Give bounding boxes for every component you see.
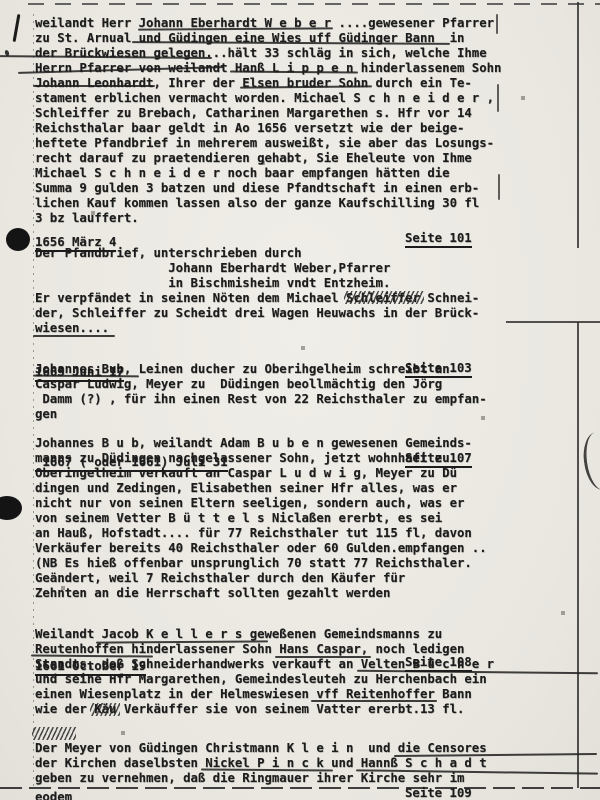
text-line: Summa 9 gulden 3 batzen und diese Pfandt…	[35, 181, 597, 196]
scanned-document-page: weilandt Herr Johann Eberhardt W e b e r…	[0, 0, 600, 800]
text-line: Johann Eberhardt Weber,Pfarrer	[35, 261, 597, 276]
text-line: (NB Es hieß offenbar unsprunglich 70 sta…	[35, 556, 597, 571]
page-ref: Seite 109	[405, 786, 472, 800]
pen-slash-mark	[13, 14, 21, 42]
text-line: wiesen....	[35, 321, 597, 336]
text-line: Oberingelheim verkauft an Caspar L u d w…	[35, 466, 597, 481]
text-line: und seine Hfr Margarethen, Gemeindesleut…	[35, 672, 597, 687]
text-line: 3 bz lauffert.	[35, 211, 597, 226]
text-line: recht darauf zu praetendieren gehabt, Si…	[35, 151, 597, 166]
text-line: heftete Pfandbrief in mehrerem ausweißt,…	[35, 136, 597, 151]
text-line: gen	[35, 407, 597, 422]
pen-crossout	[90, 703, 120, 716]
text-line: der, Schleiffer zu Scheidt drei Wagen He…	[35, 306, 597, 321]
entry-heading: eodem Seite 109	[35, 786, 597, 800]
text-line: Der Pfandbrief, unterschrieben durch	[35, 246, 597, 261]
entry-date: eodem	[35, 790, 72, 800]
text-line: Johann Leonhardt, Ihrer der Elsen bruder…	[35, 76, 597, 91]
text-line: dingen und Zedingen, Elisabethen seiner …	[35, 481, 597, 496]
text-line: Standts, deß Schneiderhandwerks verkauft…	[35, 657, 597, 672]
pen-underline	[275, 656, 371, 658]
pen-underline	[33, 335, 115, 337]
text-line: Michael S c h n e i d e r noch baar empf…	[35, 166, 597, 181]
entry-paragraph: weilandt Herr Johann Eberhardt W e b e r…	[35, 16, 597, 226]
text-line: Geändert, weil 7 Reichsthaler durch den …	[35, 571, 597, 586]
text-line: der Brückwiesen gelegen...hält 33 schläg…	[35, 46, 597, 61]
entry-paragraph: Johannes Bub, Leinen ducher zu Oberihgel…	[35, 362, 597, 422]
text-line: in Bischmisheim vndt Entzheim.	[35, 276, 597, 291]
text-line: Zehnten an die Herrschaft sollten gezahl…	[35, 586, 597, 601]
text-line: Schleiffer zu Brebach, Catharinen Margar…	[35, 106, 597, 121]
scan-speckles	[0, 0, 2, 2]
text-line: stament erblichen vermacht worden. Micha…	[35, 91, 597, 106]
text-line: von seinem Vetter B ü t t e l s Niclaßen…	[35, 511, 597, 526]
text-line: Weilandt Jacob K e l l e r s geweßenen G…	[35, 627, 597, 642]
text-line: Damm (?) , für ihn einen Rest von 22 Rei…	[35, 392, 597, 407]
text-line: Reichsthalar baar geldt in Ao 1656 verse…	[35, 121, 597, 136]
ink-blob	[6, 228, 30, 251]
text-line: Johannes B u b, weilandt Adam B u b e n …	[35, 436, 597, 451]
text-line: Caspar Ludwig, Meyer zu Düdingen beollmä…	[35, 377, 597, 392]
text-line: manns zu Düdingen nachgelassener Sohn, j…	[35, 451, 597, 466]
text-line: Er verpfändet in seinen Nöten dem Michae…	[35, 291, 597, 306]
top-dashed-rule	[28, 3, 600, 5]
text-line: an Hauß, Hofstadt.... für 77 Reichsthale…	[35, 526, 597, 541]
entry-heading: 1656 März 4 Seite 101	[35, 231, 597, 246]
ink-blob	[0, 496, 22, 520]
text-line: Verkäufer bereits 40 Reichsthaler oder 6…	[35, 541, 597, 556]
text-line: nicht nur von seinen Eltern seeligen, so…	[35, 496, 597, 511]
pen-crossout	[344, 291, 424, 304]
entry-paragraph: Johannes B u b, weilandt Adam B u b e n …	[35, 436, 597, 601]
entry-paragraph: Der Pfandbrief, unterschrieben durch Joh…	[35, 246, 597, 336]
pen-underline	[311, 700, 437, 702]
pen-underline	[33, 85, 155, 87]
pen-crossout	[32, 727, 76, 740]
text-line: lichen Kauf kommen lassen also der ganze…	[35, 196, 597, 211]
entry-paragraph: Der Meyer von Güdingen Christmann K l e …	[35, 741, 597, 786]
left-margin-dotted-rule	[33, 14, 34, 786]
